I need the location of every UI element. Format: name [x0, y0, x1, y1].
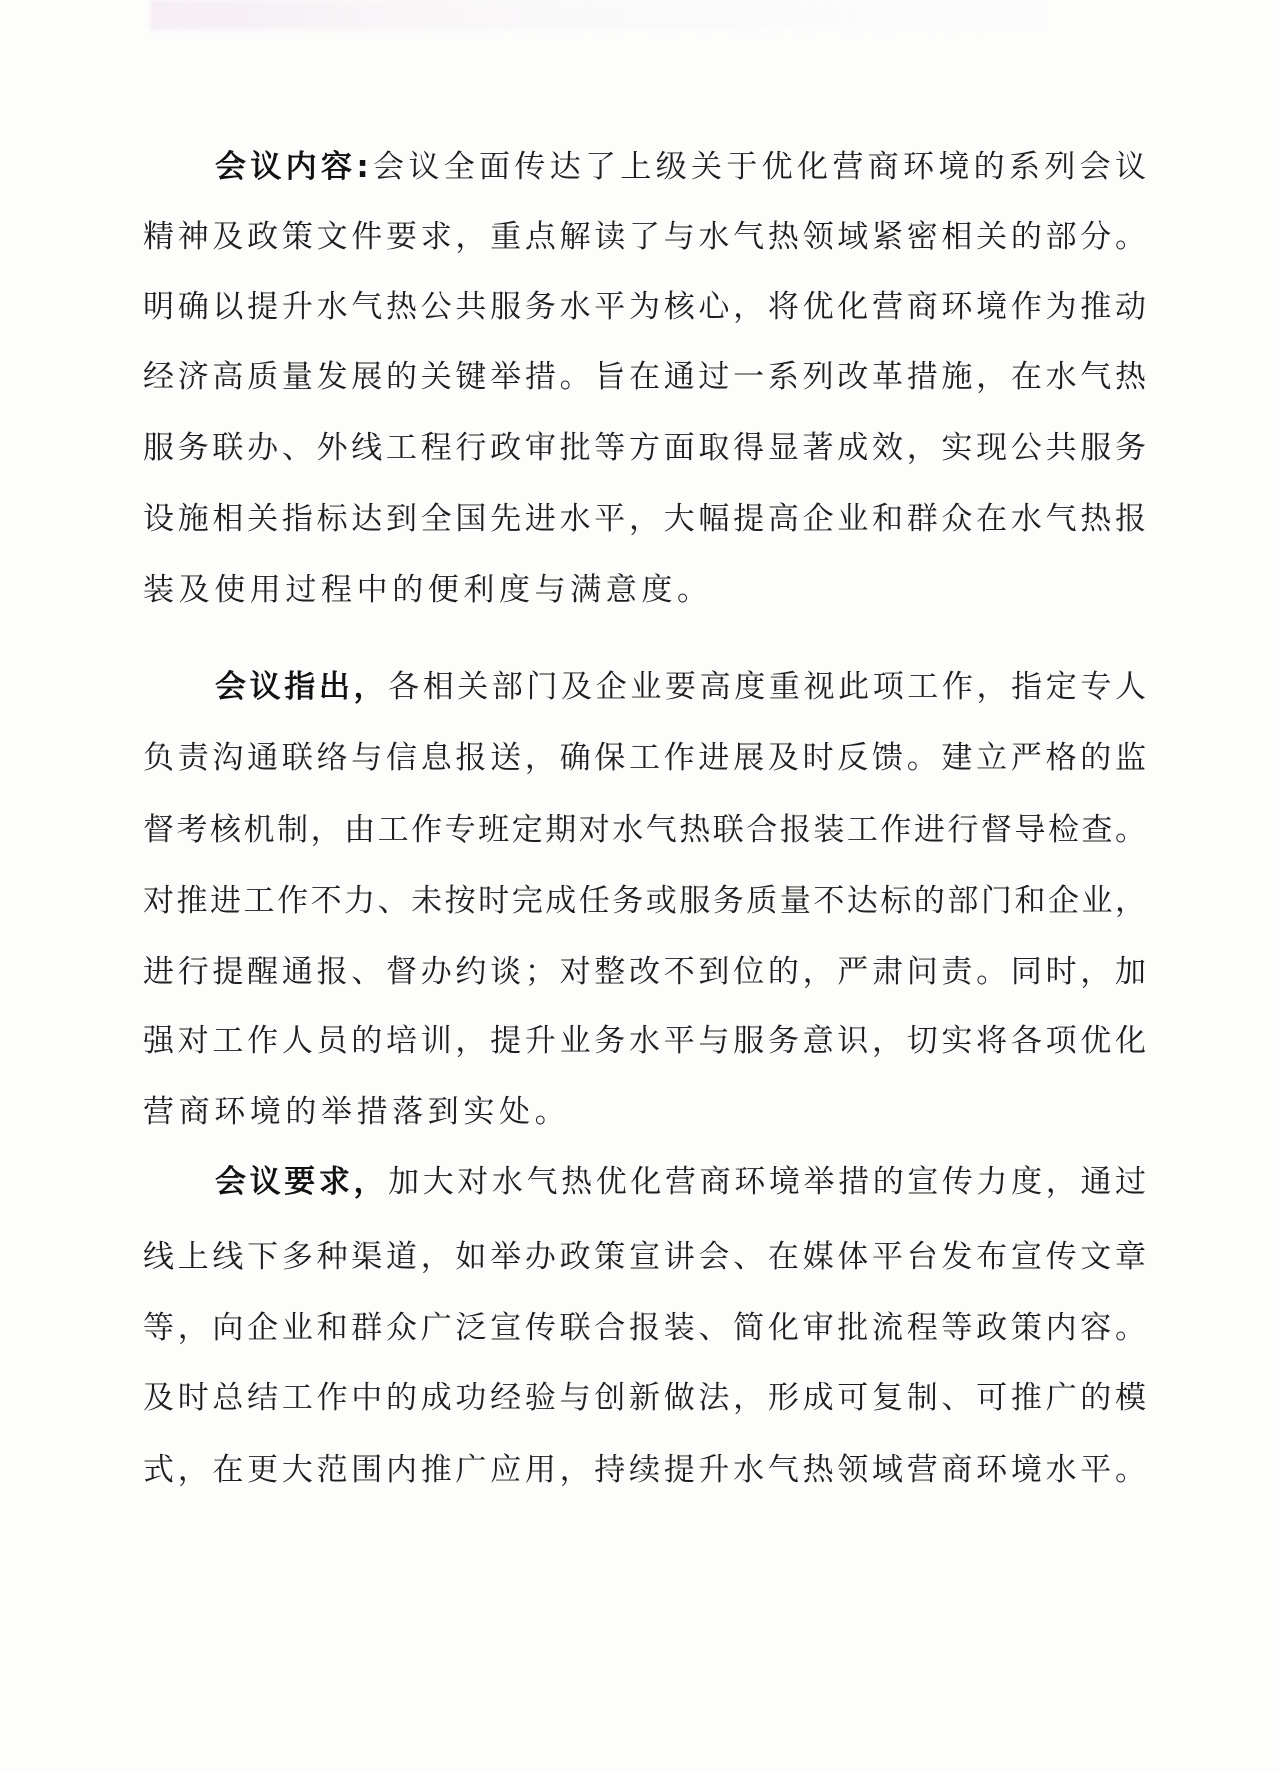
paragraph-2-lead: 会议指出，	[215, 669, 388, 705]
scan-bleed-through	[150, 0, 1150, 30]
paragraph-2-line-6: 强对工作人员的培训，提升业务水平与服务意识，切实将各项优化	[143, 1021, 1147, 1061]
paragraph-2-line-2: 负责沟通联络与信息报送，确保工作进展及时反馈。建立严格的监	[143, 738, 1147, 778]
paragraph-3-lead: 会议要求，	[215, 1164, 388, 1200]
paragraph-2-line-5: 进行提醒通报、督办约谈；对整改不到位的，严肃问责。同时，加	[143, 952, 1147, 992]
paragraph-3-line-3: 等，向企业和群众广泛宣传联合报装、简化审批流程等政策内容。	[143, 1308, 1147, 1348]
paragraph-2-line-1: 会议指出，各相关部门及企业要高度重视此项工作，指定专人	[215, 667, 1147, 707]
paragraph-1-line-7: 装及使用过程中的便利度与满意度。	[143, 570, 1147, 610]
paragraph-3-text: 加大对水气热优化营商环境举措的宣传力度，通过	[388, 1164, 1147, 1200]
paragraph-1-line-1: 会议内容:会议全面传达了上级关于优化营商环境的系列会议	[215, 147, 1147, 187]
paragraph-1-lead: 会议内容:	[215, 149, 370, 185]
paragraph-3-line-4: 及时总结工作中的成功经验与创新做法，形成可复制、可推广的模	[143, 1378, 1147, 1418]
paragraph-1-line-6: 设施相关指标达到全国先进水平，大幅提高企业和群众在水气热报	[143, 499, 1147, 539]
paragraph-2-line-3: 督考核机制，由工作专班定期对水气热联合报装工作进行督导检查。	[143, 810, 1147, 850]
paragraph-2-text: 各相关部门及企业要高度重视此项工作，指定专人	[388, 669, 1147, 705]
paragraph-1-line-5: 服务联办、外线工程行政审批等方面取得显著成效，实现公共服务	[143, 428, 1147, 468]
paragraph-2-line-7: 营商环境的举措落到实处。	[143, 1092, 1147, 1132]
paragraph-1-line-3: 明确以提升水气热公共服务水平为核心，将优化营商环境作为推动	[143, 287, 1147, 327]
paragraph-1-line-2: 精神及政策文件要求，重点解读了与水气热领域紧密相关的部分。	[143, 217, 1147, 257]
paragraph-3-line-1: 会议要求，加大对水气热优化营商环境举措的宣传力度，通过	[215, 1162, 1147, 1202]
paragraph-2-line-4: 对推进工作不力、未按时完成任务或服务质量不达标的部门和企业，	[143, 881, 1147, 921]
paragraph-3-line-2: 线上线下多种渠道，如举办政策宣讲会、在媒体平台发布宣传文章	[143, 1237, 1147, 1277]
paragraph-1-line-4: 经济高质量发展的关键举措。旨在通过一系列改革措施，在水气热	[143, 357, 1147, 397]
paragraph-1-text: 会议全面传达了上级关于优化营商环境的系列会议	[370, 149, 1147, 185]
paragraph-3-line-5: 式，在更大范围内推广应用，持续提升水气热领域营商环境水平。	[143, 1450, 1147, 1490]
